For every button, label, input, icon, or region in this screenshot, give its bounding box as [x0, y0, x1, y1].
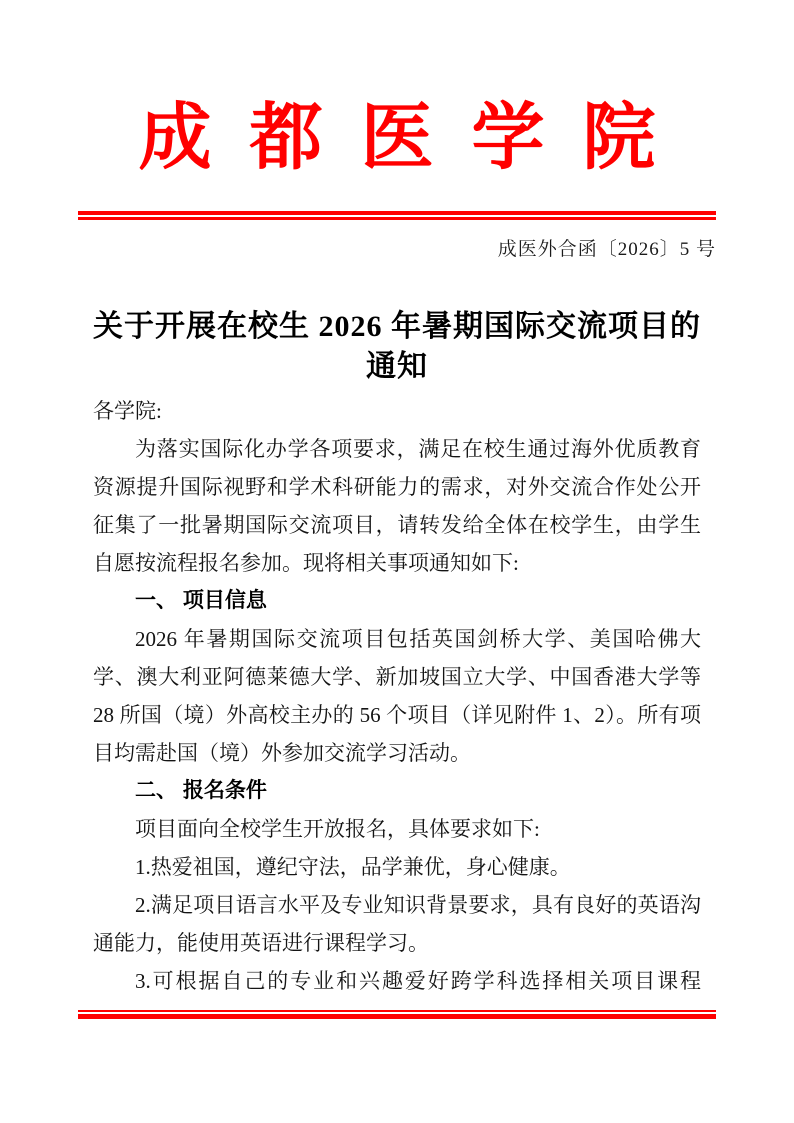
institution-name: 成都医学院	[78, 94, 716, 182]
document-title-line2: 通知	[78, 347, 716, 387]
section2-intro: 项目面向全校学生开放报名，具体要求如下:	[93, 810, 701, 848]
requirement-item-2: 2.满足项目语言水平及专业知识背景要求，具有良好的英语沟通能力，能使用英语进行课…	[93, 886, 701, 962]
section1-heading: 一、 项目信息	[93, 582, 701, 620]
intro-paragraph: 为落实国际化办学各项要求，满足在校生通过海外优质教育资源提升国际视野和学术科研能…	[93, 430, 701, 582]
section1-paragraph: 2026 年暑期国际交流项目包括英国剑桥大学、美国哈佛大学、澳大利亚阿德莱德大学…	[93, 620, 701, 772]
document-title: 关于开展在校生 2026 年暑期国际交流项目的 通知	[78, 307, 716, 387]
document-page: 成都医学院 成医外合函〔2026〕5 号 关于开展在校生 2026 年暑期国际交…	[0, 0, 794, 1123]
letterhead: 成都医学院	[78, 0, 716, 182]
red-rule-thick	[78, 1014, 716, 1019]
requirement-item-3: 3.可根据自己的专业和兴趣爱好跨学科选择相关项目课程	[93, 962, 701, 1000]
document-content: 成都医学院 成医外合函〔2026〕5 号 关于开展在校生 2026 年暑期国际交…	[78, 0, 716, 1019]
salutation: 各学院:	[93, 392, 701, 430]
document-title-line1: 关于开展在校生 2026 年暑期国际交流项目的	[78, 307, 716, 347]
red-separator-bottom	[78, 1010, 716, 1019]
red-separator-top	[78, 211, 716, 220]
red-rule-thin	[78, 217, 716, 220]
section2-heading: 二、 报名条件	[93, 772, 701, 810]
document-body: 各学院: 为落实国际化办学各项要求，满足在校生通过海外优质教育资源提升国际视野和…	[93, 392, 701, 1000]
document-number: 成医外合函〔2026〕5 号	[78, 236, 716, 263]
requirement-item-1: 1.热爱祖国，遵纪守法，品学兼优，身心健康。	[93, 848, 701, 886]
